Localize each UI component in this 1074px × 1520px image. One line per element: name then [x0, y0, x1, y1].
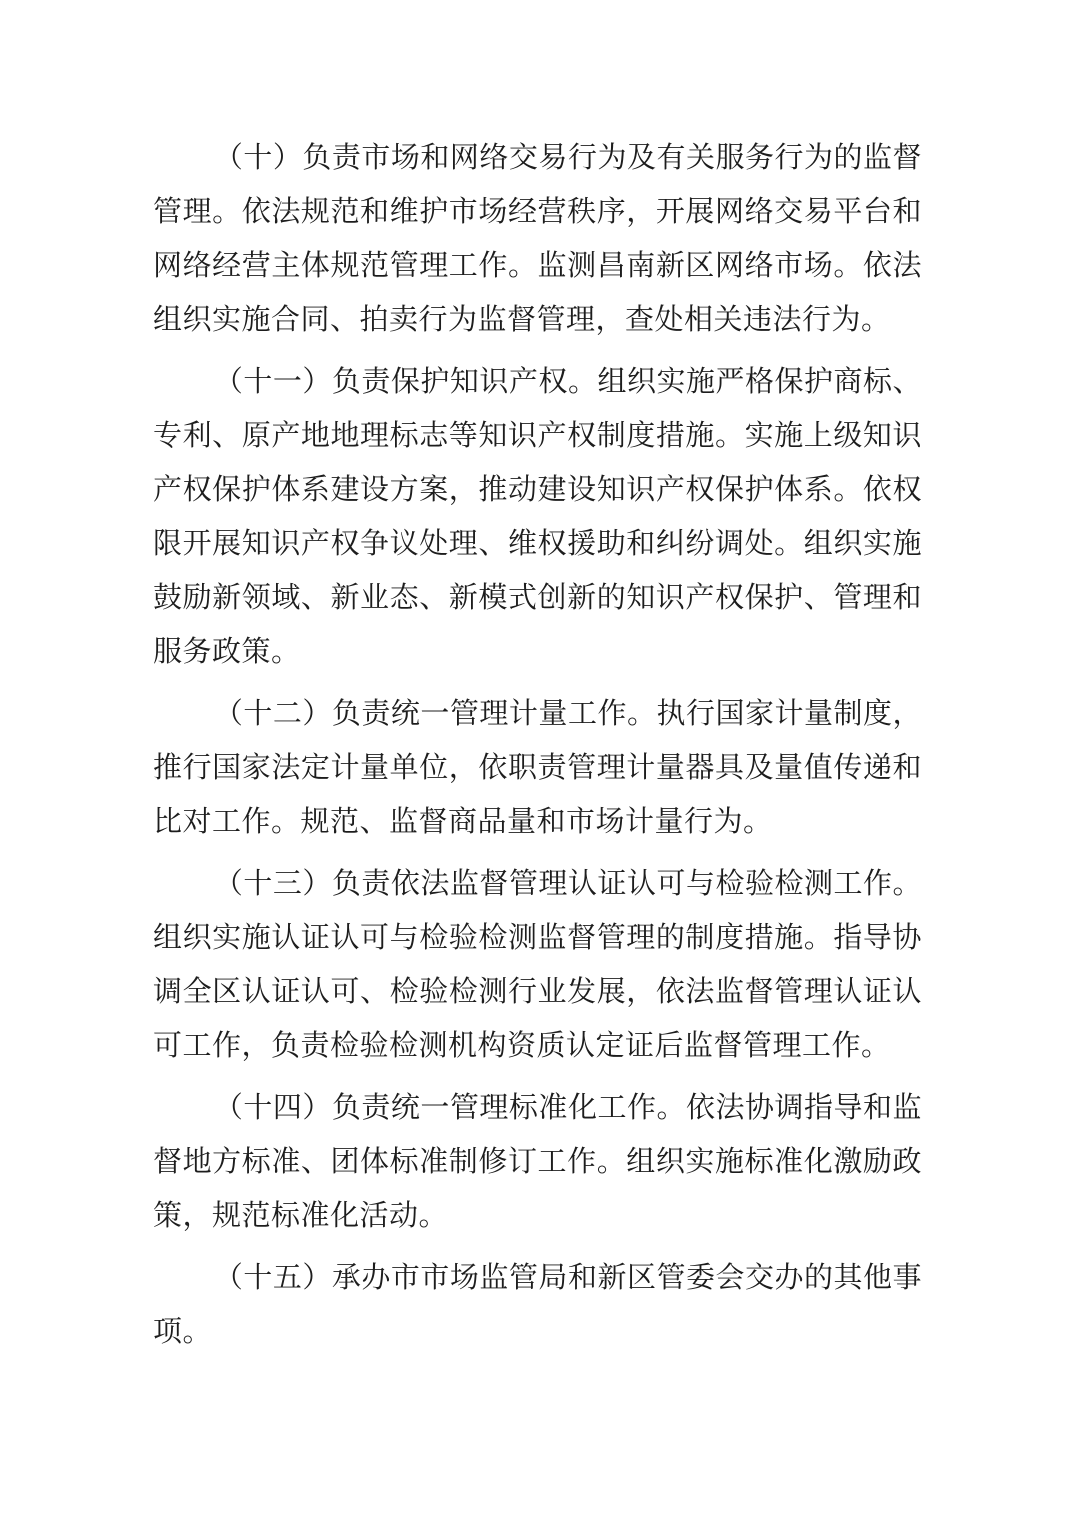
clause-paragraph-13: （十三）负责依法监督管理认证认可与检验检测工作。组织实施认证认可与检验检测监督管… [153, 857, 922, 1073]
document-page: （十）负责市场和网络交易行为及有关服务行为的监督管理。依法规范和维护市场经营秩序… [0, 0, 1074, 1520]
document-body: （十）负责市场和网络交易行为及有关服务行为的监督管理。依法规范和维护市场经营秩序… [153, 131, 922, 1359]
clause-paragraph-11: （十一）负责保护知识产权。组织实施严格保护商标、专利、原产地地理标志等知识产权制… [153, 355, 922, 679]
clause-paragraph-14: （十四）负责统一管理标准化工作。依法协调指导和监督地方标准、团体标准制修订工作。… [153, 1081, 922, 1243]
clause-paragraph-15: （十五）承办市市场监管局和新区管委会交办的其他事项。 [153, 1251, 922, 1359]
clause-paragraph-12: （十二）负责统一管理计量工作。执行国家计量制度，推行国家法定计量单位，依职责管理… [153, 687, 922, 849]
clause-paragraph-10: （十）负责市场和网络交易行为及有关服务行为的监督管理。依法规范和维护市场经营秩序… [153, 131, 922, 347]
